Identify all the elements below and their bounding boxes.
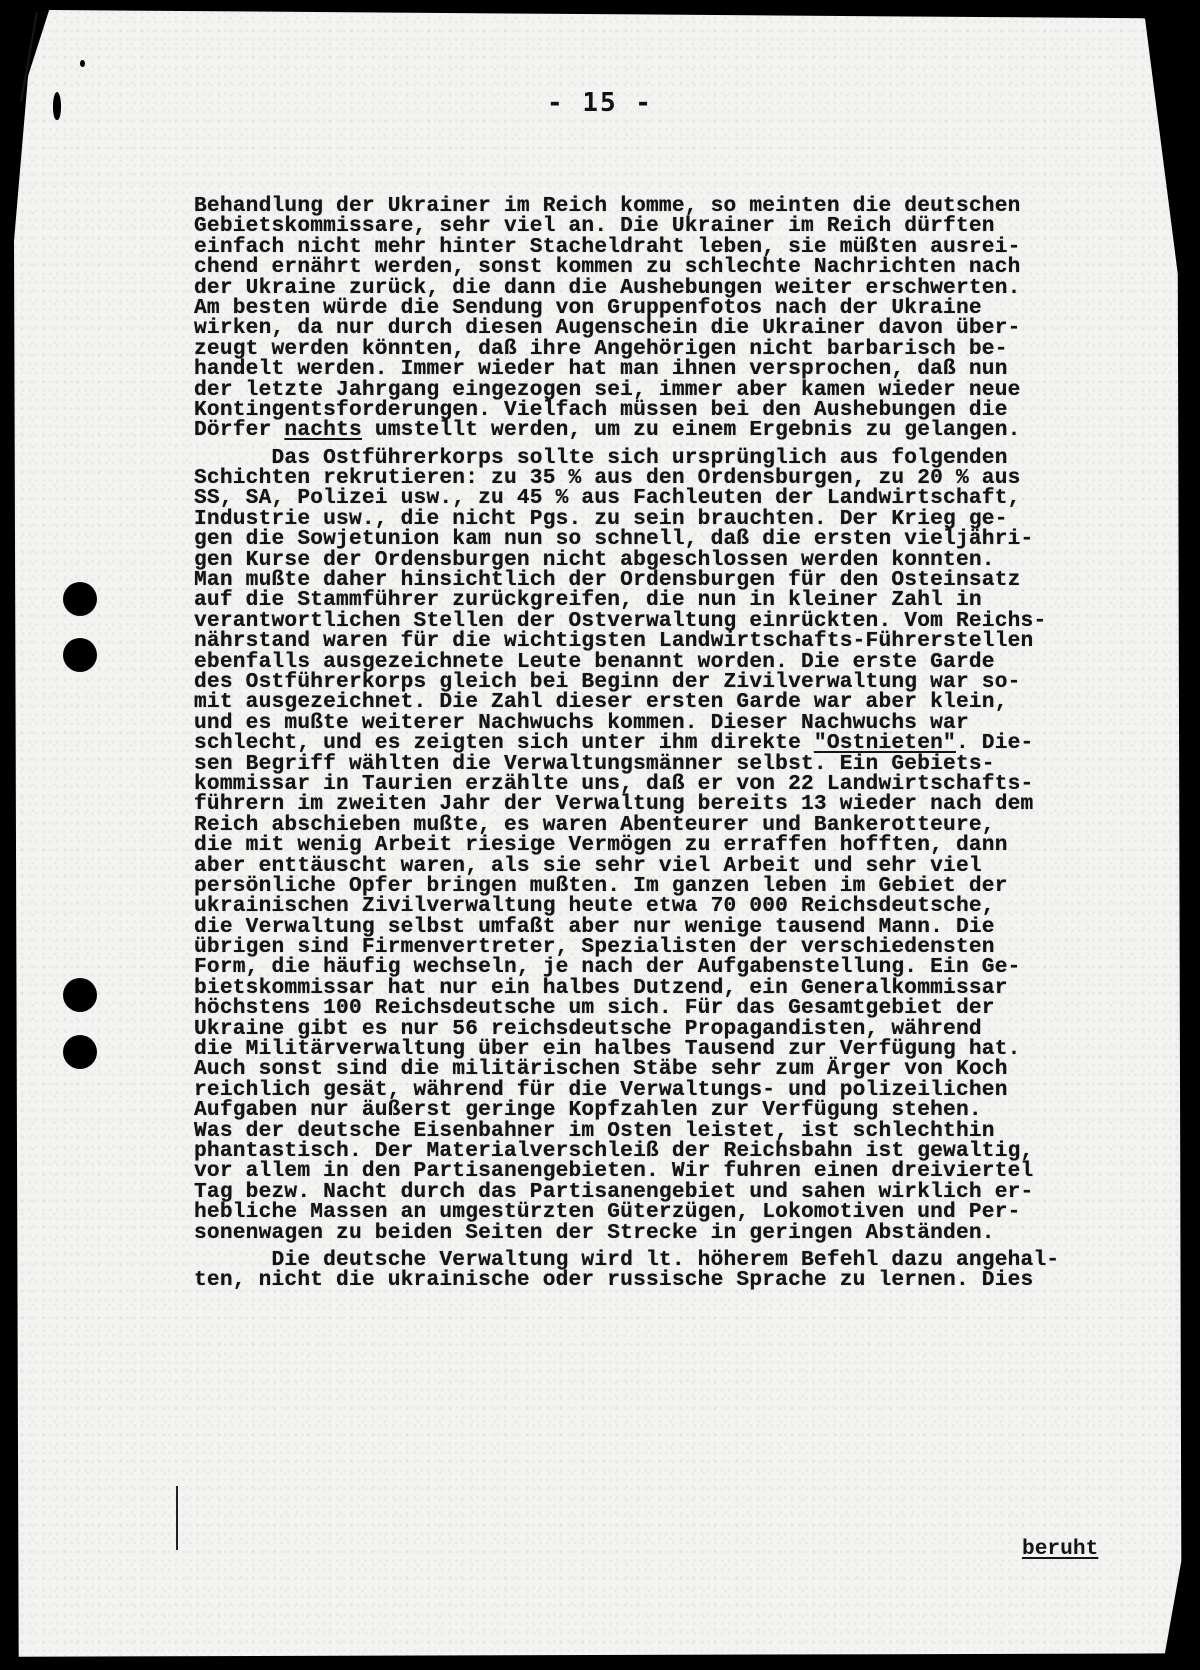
text-line: Behandlung der Ukrainer im Reich komme, … [194,196,1114,216]
text-line: Dörfer nachts umstellt werden, um zu ein… [194,420,1114,440]
paragraph-3: Die deutsche Verwaltung wird lt. höherem… [194,1250,1114,1291]
paragraph-2: Das Ostführerkorps sollte sich ursprüngl… [194,448,1114,1243]
margin-mark [176,1486,178,1550]
text-line: wirken, da nur durch diesen Augenschein … [194,318,1114,338]
text-line: ebenfalls ausgezeichnete Leute benannt w… [194,652,1114,672]
paragraph-1: Behandlung der Ukrainer im Reich komme, … [194,196,1114,441]
text-line: gen Kurse der Ordensburgen nicht abgesch… [194,550,1114,570]
text-line: der letzte Jahrgang eingezogen sei, imme… [194,380,1114,400]
text-line: vor allem in den Partisanengebieten. Wir… [194,1161,1114,1181]
text-line: Aufgaben nur äußerst geringe Kopfzahlen … [194,1100,1114,1120]
text-line: sen Begriff wählten die Verwaltungsmänne… [194,754,1114,774]
text-line: chend ernährt werden, sonst kommen zu sc… [194,257,1114,277]
text-line: ukrainischen Zivilverwaltung heute etwa … [194,896,1114,916]
text-line: Man mußte daher hinsichtlich der Ordensb… [194,570,1114,590]
text-line: einfach nicht mehr hinter Stacheldraht l… [194,237,1114,257]
text-line: phantastisch. Der Materialverschleiß der… [194,1141,1114,1161]
text-line: Am besten würde die Sendung von Gruppenf… [194,298,1114,318]
text-line: Die deutsche Verwaltung wird lt. höherem… [194,1250,1114,1270]
text-line: zeugt werden könnten, daß ihre Angehörig… [194,339,1114,359]
text-line: der Ukraine zurück, die dann die Aushebu… [194,278,1114,298]
text-line: sonenwagen zu beiden Seiten der Strecke … [194,1223,1114,1243]
text-line: Was der deutsche Eisenbahner im Osten le… [194,1121,1114,1141]
text-line: und es mußte weiterer Nachwuchs kommen. … [194,713,1114,733]
text-line: Gebietskommissare, sehr viel an. Die Ukr… [194,216,1114,236]
text-line: Kontingentsforderungen. Vielfach müssen … [194,400,1114,420]
page-number: - 15 - [0,88,1200,118]
text-line: Ukraine gibt es nur 56 reichsdeutsche Pr… [194,1019,1114,1039]
punch-hole-icon [63,582,97,616]
text-line: Auch sonst sind die militärischen Stäbe … [194,1059,1114,1079]
ink-spot [80,60,85,67]
text-line: aber enttäuscht waren, als sie sehr viel… [194,856,1114,876]
text-line: die mit wenig Arbeit riesige Vermögen zu… [194,835,1114,855]
body-text: Behandlung der Ukrainer im Reich komme, … [194,196,1114,1291]
underlined-word: nachts [284,418,362,442]
text-line: persönliche Opfer bringen mußten. Im gan… [194,876,1114,896]
text-line: Schichten rekrutieren: zu 35 % aus den O… [194,468,1114,488]
text-span: umstellt werden, um zu einem Ergebnis zu… [362,418,1021,442]
text-line: Industrie usw., die nicht Pgs. zu sein b… [194,509,1114,529]
text-line: hebliche Massen an umgestürzten Güterzüg… [194,1202,1114,1222]
text-line: übrigen sind Firmenvertreter, Spezialist… [194,937,1114,957]
text-line: nährstand waren für die wichtigsten Land… [194,631,1114,651]
catchword: beruht [1022,1537,1098,1561]
text-line: bietskommissar hat nur ein halbes Dutzen… [194,978,1114,998]
text-line: mit ausgezeichnet. Die Zahl dieser erste… [194,692,1114,712]
text-line: gen die Sowjetunion kam nun so schnell, … [194,529,1114,549]
text-line: SS, SA, Polizei usw., zu 45 % aus Fachle… [194,488,1114,508]
text-line: des Ostführerkorps gleich bei Beginn der… [194,672,1114,692]
text-line: Form, die häufig wechseln, je nach der A… [194,957,1114,977]
text-line: handelt werden. Immer wieder hat man ihn… [194,359,1114,379]
text-line: Reich abschieben mußte, es waren Abenteu… [194,815,1114,835]
text-line: auf die Stammführer zurückgreifen, die n… [194,590,1114,610]
text-line: ten, nicht die ukrainische oder russisch… [194,1270,1114,1290]
text-line: kommissar in Taurien erzählte uns, daß e… [194,774,1114,794]
text-span: Dörfer [194,418,284,442]
text-line: verantwortlichen Stellen der Ostverwaltu… [194,611,1114,631]
punch-hole-icon [63,638,97,672]
punch-hole-icon [63,978,97,1012]
text-line: reichlich gesät, während für die Verwalt… [194,1080,1114,1100]
text-line: Tag bezw. Nacht durch das Partisanengebi… [194,1182,1114,1202]
text-line: schlecht, und es zeigten sich unter ihm … [194,733,1114,753]
text-line: die Verwaltung selbst umfaßt aber nur we… [194,917,1114,937]
text-line: höchstens 100 Reichsdeutsche um sich. Fü… [194,998,1114,1018]
text-line: führern im zweiten Jahr der Verwaltung b… [194,794,1114,814]
text-line: Das Ostführerkorps sollte sich ursprüngl… [194,448,1114,468]
punch-hole-icon [63,1035,97,1069]
